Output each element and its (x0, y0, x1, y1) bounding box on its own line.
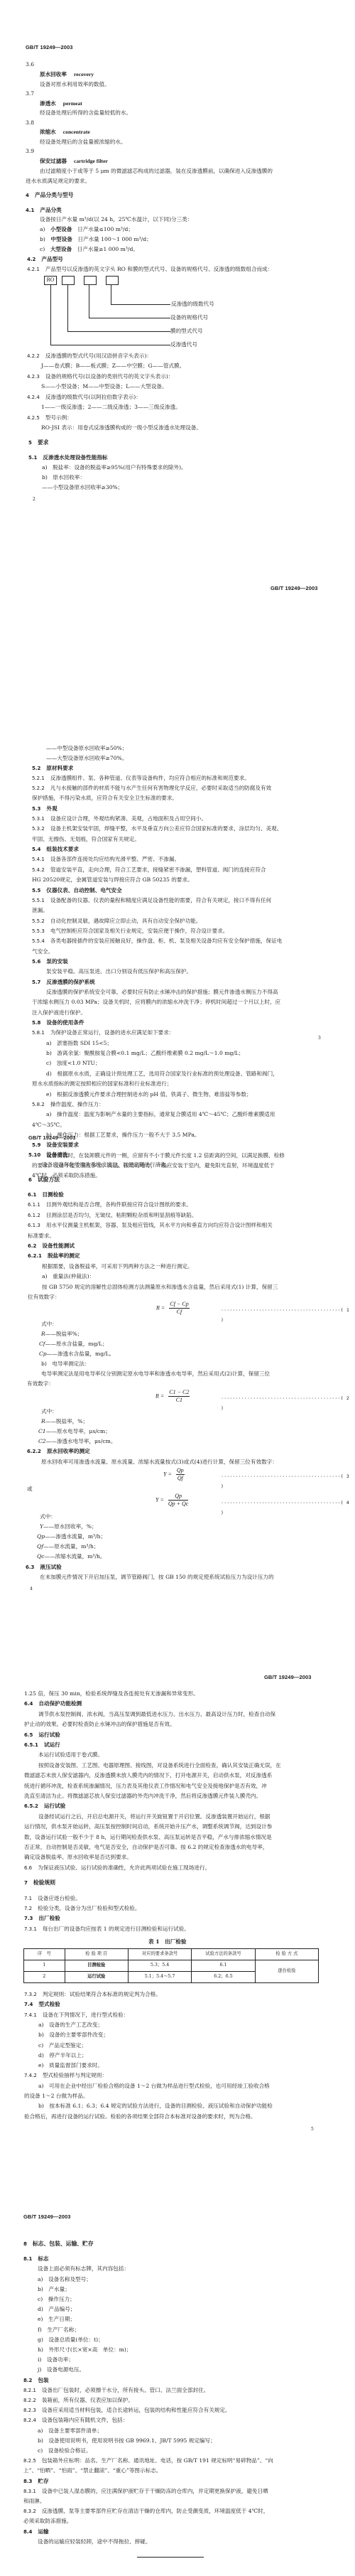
section-heading: 5.7反渗透膜的保护系统 (32, 977, 95, 987)
text-line: 泄漏。 (32, 906, 48, 916)
equation-number-1: ········································… (221, 1305, 355, 1326)
text-line: 设备上面必须有标志牌，其内容包括： (38, 2264, 129, 2274)
connector (111, 284, 111, 304)
clause-number: 6.1.1 (28, 1200, 40, 1210)
list-item: b) 电导率测定法： (41, 1359, 90, 1369)
clause-number: 5.3 (32, 804, 40, 814)
line-text: d) 根据原水水质，正确设计预处理工艺，选用符合国家及行业标准的预处理设备、管路… (46, 1070, 278, 1077)
paragraph: 有效数字： (27, 1379, 54, 1389)
equation-number-2: ········································… (221, 1393, 355, 1414)
text-line: 注入保护液进行保护。 (32, 1008, 86, 1018)
clause-number: 8.2 (23, 2376, 32, 2386)
text-line: 确定设备脱盐率、原水回收率是否达到要求。 (24, 1852, 132, 1862)
clause-number: 7.4.2 (24, 2071, 37, 2081)
text-line: 5.2.2凡与水接触的部件的材质不能与水产生任何有害物理化学反应，必要时采取适当… (32, 783, 271, 793)
variable-def: Qp——渗透水流量，m³/h； (37, 1532, 106, 1542)
connector (50, 284, 51, 345)
line-text: e) 根据反渗透膜元件要求合理控制进水的 pH 值、铁离子、微生物、难溶盐等参数… (46, 1091, 252, 1098)
paragraph: 设备应设有化学清洗系统或接口，以便定期进行清洗。 (42, 1160, 171, 1170)
text-line: ——大型设备原水回收率≥70%。 (46, 753, 127, 763)
text-line: f) 生产厂名称； (38, 2325, 80, 2335)
term-english: recovery (74, 71, 94, 77)
clause-number: 5.3.2 (32, 824, 45, 834)
text-line: 5.8.2操作温度、操作压力： (32, 1100, 104, 1110)
line-text: 目测涂层是否均匀，无皱纹、粘附颗粒杂质和明显刮痕等缺陷。 (46, 1212, 197, 1218)
term-entry: 浓缩水concentrate (40, 127, 90, 137)
clause-number: 3.8 (26, 118, 34, 128)
line-text: 气安全。 (32, 948, 53, 955)
line-text: 反渗透膜组件、泵、各种管道、仪表等设备构件，均应符合相应的标准和规范要求。 (50, 775, 250, 781)
paragraph: 1——一级反渗透；2——二级反渗透；3——三级反渗透。 (41, 402, 181, 412)
line-text: 电气控制柜应符合国家及相关行业规定，安装应便于操作，符合设计要求。 (50, 928, 229, 934)
section-heading: 5.8设备的使用条件 (32, 1018, 84, 1028)
line-text: 数，设备运行试验一般不少于 8 h，运行期间检查供水泵、高压泵运转是否平稳，产水… (24, 1834, 272, 1840)
text-line: 验合格后，再进行设备的运行试验。检验的各项结果全部符合本标准对设备的要求时，判为… (24, 2112, 256, 2122)
diagram-label: 反渗透的级数代号 (171, 299, 214, 309)
line-text: b) 游离余氯：聚酰胺复合膜<0.1 mg/L；乙酸纤维素膜 0.2 mg/L～… (46, 1050, 244, 1056)
term-english: permeat (63, 100, 82, 107)
page-header: GB/T 19249—2003 (26, 43, 73, 53)
text-line: e) 根据反渗透膜元件要求合理控制进水的 pH 值、铁离子、微生物、难溶盐等参数… (46, 1090, 252, 1100)
line-text: ——中型设备原水回收率≥50%； (46, 745, 127, 751)
line-text: 用水平仪测量主机框架，容器、泵及相应管线，其水平方向和垂直方向均应符合设计图样和… (46, 1222, 273, 1228)
text-line: 6.1.2目测涂层是否均匀，无皱纹、粘附颗粒杂质和明显刮痕等缺陷。 (28, 1211, 197, 1220)
list-item: b) 原水回收率： (42, 473, 85, 483)
line-text: 标志 (38, 2255, 48, 2262)
paragraph: 电导率测定法是用电导率仪分别测定原水电导率和渗透水电导率，然后采用式(2)计算，… (41, 1369, 270, 1379)
line-text: a) 设备的生产工艺改变； (38, 2022, 103, 2028)
line-text: 泵的安装 (46, 958, 67, 965)
text-line: b) 设备的主要零部件改变； (38, 2030, 109, 2040)
text-line: a) 可用在企业中经出厂检验合格的设备 1～2 台做为样品进行型式检验，也可用经… (38, 2081, 270, 2091)
clause-number: 8.2.3 (23, 2405, 36, 2415)
text-line: 标准要求。 (28, 1231, 55, 1241)
paragraph: 在未加膜元件情况下开启加压泵，调节管路阀门，按 GB 150 的规定使系统试验压… (40, 1572, 274, 1582)
clause-number: 5.5.2 (32, 916, 45, 926)
text-line: a) 设备主要零部件清单； (38, 2426, 102, 2436)
text-line: a) 淤塞指数 SDI 15<5； (46, 1039, 112, 1048)
clause-number: 7.3.1 (24, 1924, 37, 1934)
line-text: 设备安装时，在装卸膜元件的一侧，应留有不小于膜元件长度 1.2 倍距离的空间，以… (46, 1152, 285, 1159)
clause-number: 6.4 (24, 1699, 33, 1709)
clause-number: 8.2.4 (23, 2415, 36, 2425)
variable-def: C1——原水电导率，μs/cm； (38, 1427, 111, 1437)
variable-def: Y——原水回收率，%； (40, 1522, 97, 1532)
section-heading: 6.2.1脱盐率的测定 (28, 1251, 80, 1261)
line-text: a) 设备名称及型号； (38, 2276, 92, 2282)
line-text: 设备性能测试 (42, 1243, 75, 1249)
clause-number: 8.3.1 (23, 2486, 36, 2496)
text-line: g) 设备总质量(单位：t)； (38, 2335, 104, 2345)
text-line: 5.5.2自动化控制灵敏，遇故障应立即止动，具有自动安全保护功能。 (32, 916, 201, 926)
text-line: a) 操作温度：温度为影响产水量的主要指标，通常复合膜适用 4℃～45℃；乙酸纤… (46, 1110, 275, 1120)
term-title: 原水回收率 (40, 71, 67, 77)
text-line: 5.5.3电气控制柜应符合国家及相关行业规定，安装应便于操作，符合设计要求。 (32, 926, 228, 936)
line-text: 设备各部件连接处均应结构光滑平整、严密、不渗漏。 (50, 856, 180, 862)
line-text: 设备中已装人湿态膜的，应注满保护液贮存于干燥防冻的仓库内，并定期更换保护液，避免… (42, 2488, 268, 2494)
line-text: 仪器仪表、自动控制、电气安全 (46, 887, 121, 893)
text-line: 8.2.2装箱前，所有仪器、仪表应加以保护。 (23, 2395, 133, 2405)
paragraph: S——小型设备；M——中型设备；L——大型设备。 (41, 382, 168, 392)
where-label: 式中： (41, 1319, 58, 1329)
line-text: 调节供水泵控制阀、浓水阀，当高压泵调到最低进水压力、出水压力、最高设计压力时，检… (38, 1711, 275, 1717)
section-heading: 7检验规则 (24, 1878, 55, 1888)
line-text: b) 设备的主要零部件改变； (38, 2032, 109, 2038)
line-text: 否正常，自动控制是否灵敏，电气是否安全，自动保护是否可靠。按 6.2 的规定检查… (24, 1844, 268, 1850)
text-line: 洗直至清洁为止。将微滤滤芯放人保安过滤器的外壳内冲洗干净，然后将反渗透膜元件装人… (24, 1791, 261, 1801)
text-line: 必须采取防冻措施。 (23, 2516, 72, 2526)
term-english: cartridge filter (74, 158, 108, 164)
text-line: ——中型设备原水回收率≥50%； (46, 744, 127, 753)
line-text: d) 产品编号； (38, 2306, 75, 2312)
line-text: 目测检验 (42, 1191, 63, 1198)
section-heading: 7.3出厂检验 (24, 1914, 60, 1923)
clause-number: 5.8.2 (32, 1100, 45, 1110)
section-heading-4: 4产品分类与型号 (26, 190, 73, 200)
section-heading-5-1: 5.1反渗透水处理设备性能指标 (28, 453, 108, 463)
text-line: j) 设备电源电压。 (38, 2365, 84, 2375)
text-line: d) 产品编号； (38, 2304, 75, 2314)
text-line: 和雨淋。 (23, 2496, 45, 2506)
line-text: 必须采取防冻措施。 (23, 2518, 72, 2524)
variable-def: R——脱盐率，%； (41, 1417, 88, 1427)
section-heading: 8.3贮存 (23, 2476, 49, 2486)
text-line: 5.5.4各类电器接插件的安装应接触良好，操作盘、柜、机、泵及相关设备均应有安全… (32, 936, 282, 946)
text-line: i) 设备功率； (38, 2355, 74, 2365)
spec-code-box (84, 276, 97, 285)
line-text: 位有效数字： (28, 1294, 60, 1300)
line-text: 为保证液压试验、运行试验的准确性，允许此两项试验在施工现场进行。 (38, 1864, 210, 1871)
line-text: d) 停产半年以上； (38, 2052, 87, 2059)
section-heading-6-3: 6.3液压试验 (26, 1562, 62, 1572)
line-text: 贮存 (38, 2478, 48, 2484)
page-header: GB/T 19249—2003 (264, 1673, 312, 1683)
line-text: g) 设备总质量(单位：t)； (38, 2336, 104, 2343)
section-heading: 8.1标志 (23, 2254, 49, 2264)
line-text: 保护措施，不得污染水质，应符合有关安全卫生标准的要求。 (32, 795, 177, 801)
table-caption: 表 1 出厂检验 (148, 1937, 187, 1947)
text-line: c) 设备检验合格证。 (38, 2446, 92, 2456)
line-text: 反渗透膜的保护系统 (46, 979, 94, 985)
line-text: 原材料要求 (46, 765, 73, 771)
clause-number: 7.3.2 (24, 1990, 37, 2000)
clause-number: 5.8.1 (32, 1028, 45, 1038)
clause-number: 5.2 (32, 763, 40, 773)
line-text: 原水水质指标的测定按照相应的国家标准和行业标准进行； (32, 1080, 172, 1087)
section-heading: 5.2原材料要求 (32, 763, 73, 773)
line-text: 验合格后，再进行设备的运行试验。检验的各项结果全部符合本标准对设备的要求时，判为… (24, 2113, 256, 2120)
section-heading: 7.4型式检验 (24, 2000, 60, 2009)
line-text: e) 质量监督部门要求时。 (38, 2062, 103, 2068)
text-line: h) 外形尺寸(长×宽×高 单位：m)； (38, 2345, 131, 2355)
membrane-code-box (62, 276, 75, 285)
text-line: a) 设备的生产工艺改变； (38, 2020, 103, 2030)
section-heading: 8.2包装 (23, 2376, 49, 2386)
clause-number: 5.8 (32, 1018, 40, 1028)
connector (89, 284, 89, 318)
line-text: 包装箱外应标明：品名、生产厂名称、通讯地址、电话，按 GB/T 191 规定标明… (42, 2457, 273, 2464)
clause-number: 7.1 (24, 1894, 32, 1904)
clause-number: 5.5 (32, 886, 40, 896)
text-line: 1.25 倍，保压 30 min，检验系统焊缝及各连接处有无渗漏和异常变形。 (24, 1689, 199, 1699)
diagram-label: 膜的型式代号 (170, 326, 203, 336)
formula-2: R = C1 − C2C1 (155, 1389, 190, 1404)
section-heading: 6.5运行试验 (24, 1730, 60, 1740)
paragraph: J——卷式膜；B——板式膜；Z——中空膜；G——管式膜。 (41, 361, 185, 371)
variable-def: Qf——原水流量，m³/h； (37, 1542, 99, 1552)
section-heading: 8标志、包装、运输、贮存 (23, 2239, 94, 2249)
clause-number: 5.4.1 (32, 854, 45, 864)
line-text: 设备上面必须有标志牌，其内容包括： (38, 2265, 129, 2272)
section-heading: 6.5.1试运行 (24, 1740, 60, 1750)
line-text: 的设备 1～2 台做为样品。 (24, 2093, 88, 2099)
clause-number: 8.2.1 (23, 2386, 36, 2395)
paragraph: RO-JSI 表示：用卷式反渗透膜构成的一级小型反渗透水处理设备。 (41, 423, 202, 433)
dot-separator: · (56, 274, 58, 284)
line-text: 运行试验 (44, 1803, 65, 1809)
list-item: a) 脱盐率：设备的脱盐率≥95%(用户有特殊要求的除外)。 (42, 463, 187, 473)
variable-def: Cp——渗透水含盐量，mg/L。 (39, 1349, 114, 1359)
list-item: a) 小型设备 日产水量≤100 m³/d； (40, 225, 133, 235)
formula-1: R = Cf − CpCf (156, 1301, 190, 1316)
line-text: 本运行试验适用于卷式膜。 (38, 1751, 103, 1758)
line-text: 运输 (38, 2528, 48, 2535)
paragraph: 设备按日产水量 m³/d(以 24 h，25℃水温计，以下同)分三类： (40, 215, 192, 225)
line-text: 包装 (38, 2377, 48, 2383)
line-text: 注入保护液进行保护。 (32, 1009, 86, 1016)
clause-number: 3.7 (26, 89, 34, 99)
line-text: 检验分类，设备分为出厂检验和型式检验。 (38, 1905, 140, 1911)
formula-3: Y = QpQf (163, 1467, 185, 1482)
line-text: 管道安装平直，走向合理，符合工艺要求，接缝紧密不渗漏，塑料管道、阀门的连接应符合 (50, 866, 266, 873)
line-text: b) 按本标准 6.1；6.3；6.4 规定的试验方法进行，设备的目测检验、液压… (38, 2103, 273, 2109)
clause-number: 5.5.3 (32, 926, 45, 936)
line-text: HG 20520规定，金属管道安装与焊接应符合 GB 50235 的要求。 (32, 876, 193, 883)
line-text: 洗直至清洁为止。将微滤滤芯放人保安过滤器的外壳内冲洗干净，然后将反渗透膜元件装人… (24, 1793, 261, 1799)
text-line: d) 根据原水水质，正确设计预处理工艺，选用符合国家及行业标准的预处理设备、管路… (46, 1069, 278, 1079)
line-text: e) 生产日期； (38, 2316, 75, 2322)
clause-number: 7 (24, 1878, 28, 1888)
text-line: 8.2.4设备包装箱内应有随机文件，包括： (23, 2415, 128, 2425)
text-line: 7.4.2型式检验抽样与判定规则： (24, 2071, 107, 2081)
text-line: b) 按本标准 6.1；6.3；6.4 规定的试验方法进行，设备的目测检验、液压… (38, 2101, 273, 2111)
line-text: c) 浊度<1.0 NTU； (46, 1060, 101, 1066)
line-text: 设备包装箱内应有随机文件，包括： (42, 2417, 129, 2423)
line-text: 检验规则 (33, 1879, 55, 1886)
term-definition: 经设备处理后所得的含盐量较低的水。 (40, 108, 131, 118)
diagram-label: 反渗透代号 (170, 340, 197, 350)
clause-number: 3.9 (26, 146, 34, 156)
text-line: 7.4.1设备在下列情况下，进行型式检验： (24, 2010, 129, 2020)
clause-number: 6.2 (28, 1241, 36, 1251)
line-text: 泵安装平稳。高压泵进、出口分别设有低压保护和高压保护。 (46, 968, 192, 975)
text-line: 7.3.2判定规则：试验结果符合本标准的规定判为合格。 (24, 1990, 161, 2000)
line-text: 设备配备的仪器、仪表的量程和精度应满足设备性能的需要，符合有关规定，接口不得有任… (50, 897, 271, 903)
line-text: f) 生产厂名称； (38, 2327, 80, 2333)
equation-number-3: ········································… (221, 1471, 355, 1492)
line-text: 设备应设计合理，外观结构紧凑、美观，占地面积及占用空间小。 (50, 815, 207, 822)
text-line: 5.4.2管道安装平直，走向合理，符合工艺要求，接缝紧密不渗漏，塑料管道、阀门的… (32, 865, 266, 875)
text-line: 数，设备运行试验一般不少于 8 h，运行期间检查供水泵、高压泵运转是否平稳，产水… (24, 1832, 272, 1842)
line-text: 和雨淋。 (23, 2498, 45, 2504)
text-line: 5.2.1反渗透膜组件、泵、各种管道、仪表等设备构件，均应符合相应的标准和规范要… (32, 773, 250, 783)
text-line: 根据需要，设备脱盐率，可采用下列两种方法之一种进行测定。 (42, 1262, 193, 1272)
line-text: 设备经试运行之后，开启总电源开关，将运行开关旋钮置于开启位置。反渗透装置开始运行… (38, 1813, 271, 1820)
text-line: 上”、“怕晒”、“怕雨”、“禁止翻滚”、“重心”等图示标志。 (23, 2466, 161, 2476)
line-text: 运行试验 (38, 1732, 60, 1738)
where-label: 式中： (40, 1512, 56, 1522)
text-line: 5.4.1设备各部件连接处均应结构光滑平整、严密、不渗漏。 (32, 854, 180, 864)
clause-number: 5.4 (32, 844, 40, 854)
section-heading: 6.2设备性能测试 (28, 1241, 75, 1251)
clause: 4.2.1产品型号以反渗透的英文字头 RO 和膜的型式代号、设备的规格代号、反渗… (27, 264, 273, 274)
section-heading-4-2: 4.2产品型号 (27, 254, 63, 264)
text-line: b) 设备使用说明书，使用说明书按 GB 9969.1、JB/T 5995 规定… (38, 2436, 216, 2446)
line-text: a) 重量法(仲裁法)： (42, 1273, 94, 1279)
text-line: 5.5.1设备配备的仪器、仪表的量程和精度应满足设备性能的需要，符合有关规定，接… (32, 896, 271, 906)
page-header: GB/T 19249—2003 (28, 1133, 76, 1143)
clause: 4.2.2反渗透膜的型式代号(用汉语拼音字头表示)： (27, 351, 152, 361)
line-text: 设备的使用条件 (46, 1019, 84, 1026)
clause-number: 7.4 (24, 2000, 33, 2009)
connector (67, 284, 68, 331)
line-text: 凡与水接触的部件的材质不能与水产生任何有害物理化学反应，必要时采取适当的防腐及有… (50, 785, 271, 791)
line-text: 型式检验 (38, 2001, 60, 2007)
text-line: 6.6为保证液压试验、运行试验的准确性，允许此两项试验在施工现场进行。 (24, 1863, 210, 1873)
text-line: e) 生产日期； (38, 2314, 75, 2324)
term-entry: 保安过滤器cartridge filter (40, 156, 108, 166)
line-text: 装箱前，所有仪器、仪表应加以保护。 (42, 2397, 133, 2403)
line-text: a) 设备主要零部件清单； (38, 2427, 102, 2434)
page-header: GB/T 19249—2003 (23, 2212, 71, 2222)
text-line: 8.3.2反渗透膜、泵等主要零部件应贮存在清洁干燥的仓库内，防止受潮变质，环境温… (23, 2506, 268, 2516)
text-line: 否正常，自动控制是否灵敏，电气是否安全，自动保护是否可靠。按 6.2 的规定检查… (24, 1842, 268, 1852)
equation-number-4: ········································… (221, 1498, 355, 1518)
line-text: 设备在下列情况下，进行型式检验： (43, 2012, 129, 2018)
text-line: 7.3.1每台出厂的设备均应按表 1 的规定进行目测检验和运行试验。 (24, 1924, 190, 1934)
line-text: a) 淤塞指数 SDI 15<5； (46, 1040, 112, 1046)
variable-def: C2——渗透水电导率，μs/cm。 (38, 1437, 116, 1447)
clause-number: 3.6 (26, 60, 34, 70)
clause-number: 8.4 (23, 2527, 32, 2537)
end-rule (137, 2557, 204, 2558)
variable-def: Qc——浓缩水流量，m³/h。 (37, 1552, 106, 1562)
section-heading-6: 6试验方法 (28, 1175, 60, 1185)
clause-number: 6.2.1 (28, 1251, 42, 1261)
term-definition: 经设备处理后的含盐量被浓缩的水。 (40, 137, 126, 147)
text-line: 设备的运输应轻装轻卸，途中不得拖拉、摔碰。 (38, 2537, 151, 2547)
diagram-label: 设备的规格代号 (170, 313, 208, 323)
text-line: 5.8.1为保护设备正常运行，设备的进水应满足如下要求： (32, 1028, 174, 1038)
text-line: 运行情况，供水泵开始运转，高压泵按控制时间启动，系统开始升压产水，调整系统调节阀… (24, 1822, 272, 1832)
line-text: 操作温度、操作压力： (50, 1101, 104, 1107)
text-line: b) 产水量； (38, 2285, 70, 2295)
clause-number: 6.1 (28, 1190, 36, 1200)
line-text: 微滤滤芯未放人保安滤器内，反渗透膜未放人膜壳内的情况下，打开电源开关，启动供水泵… (24, 1772, 272, 1778)
text-line: 气安全。 (32, 947, 53, 957)
line-text: 于浓缩水侧压力 0.03 MPa；设备关机时，应将膜内的浓缩水冲洗干净；停机时间… (32, 999, 280, 1005)
or-text: 或 (27, 1484, 33, 1494)
text-line: 牢固、无擦伤、无划痕，符合国家有关规定。 (32, 834, 140, 844)
term-entry: 原水回收率recovery (40, 70, 94, 80)
line-text: 标志、包装、运输、贮存 (33, 2240, 94, 2247)
text-line: 保护措施，不得污染水质，应符合有关安全卫生标准的要求。 (32, 793, 177, 803)
line-text: 按 GB 5750 规定的溶解性总固体检测方法测量原水和渗透水含盐量，然后采用式… (42, 1284, 278, 1290)
line-text: 4℃～35℃。 (32, 1122, 65, 1128)
page-number: 5 (311, 2125, 314, 2135)
table-header-row: 序 号 检 验 项 目 对应的要求条款号 试验方法的条款号 检 验 方 式 (24, 1949, 319, 1960)
line-text: 每台出厂的设备均应按表 1 的规定进行目测检验和运行试验。 (43, 1926, 190, 1932)
text-line: 设备经试运行之后，开启总电源开关，将运行开关旋钮置于开启位置。反渗透装置开始运行… (38, 1812, 271, 1822)
line-text: 各类电器接插件的安装应接触良好，操作盘、柜、机、泵及相关设备均应有安全保护措施，… (50, 938, 283, 944)
text-line: a) 重量法(仲裁法)： (42, 1272, 94, 1282)
text-line: c) 浊度<1.0 NTU； (46, 1058, 101, 1068)
text-line: 4℃～35℃。 (32, 1120, 65, 1130)
line-text: 反渗透膜、泵等主要零部件应贮存在清洁干燥的仓库内，防止受潮变质，环境温度低于 4… (42, 2508, 269, 2514)
section-heading-5-10: 5.10设备清洗 (28, 1150, 68, 1160)
line-text: 运行情况，供水泵开始运转，高压泵按控制时间启动，系统开始升压产水，调整系统调节阀… (24, 1823, 272, 1830)
clause-number: 7.3 (24, 1914, 33, 1923)
text-line: 位有效数字： (28, 1292, 60, 1302)
text-line: HG 20520规定，金属管道安装与焊接应符合 GB 50235 的要求。 (32, 875, 193, 885)
table-1: 序 号 检 验 项 目 对应的要求条款号 试验方法的条款号 检 验 方 式 1 … (23, 1948, 319, 1983)
term-title: 浓缩水 (40, 129, 56, 135)
where-label: 式中： (41, 1407, 58, 1417)
line-text: 试运行 (44, 1742, 60, 1748)
table-row: 1 目测检验 5.3；5.4 6.1 逐台检验 (24, 1960, 319, 1972)
connector (111, 304, 170, 305)
text-line: 于浓缩水侧压力 0.03 MPa；设备关机时，应将膜内的浓缩水冲洗干净；停机时间… (32, 997, 280, 1007)
clause-number: 6.1.3 (28, 1220, 40, 1230)
clause-number: 6.5 (24, 1730, 33, 1740)
text-line: b) 游离余氯：聚酰胺复合膜<0.1 mg/L；乙酸纤维素膜 0.2 mg/L～… (46, 1048, 244, 1058)
connector (67, 331, 170, 332)
section-heading: 5.5仪器仪表、自动控制、电气安全 (32, 886, 122, 896)
line-text: 自动保护功能检测 (38, 1700, 82, 1707)
connector (89, 318, 170, 318)
text-line: 护止动的效果。必要时检查防止水锤冲击的保护措施是否有效。 (24, 1719, 175, 1729)
line-text: 外观 (46, 805, 57, 812)
page-number: 3 (318, 1034, 321, 1043)
line-text: 确定设备脱盐率、原水回收率是否达到要求。 (24, 1854, 132, 1860)
clause: 4.2.4反渗透的级数代号(以阿拉伯数字表示)： (27, 392, 141, 402)
line-text: 设备的运输应轻装轻卸，途中不得拖拉、摔碰。 (38, 2538, 151, 2545)
section-heading: 5.6泵的安装 (32, 957, 68, 967)
text-line: 调节供水泵控制阀、浓水阀，当高压泵调到最低进水压力、出水压力、最高设计压力时，检… (38, 1710, 275, 1719)
text-line: 6.1.1目测外观结构是否合理，各构件联接应符合设计图纸的要求。 (28, 1200, 192, 1210)
variable-def: Cf——原水含盐量，mg/L； (39, 1339, 108, 1349)
stage-code-box (106, 276, 119, 285)
text-line: 7.2检验分类，设备分为出厂检验和型式检验。 (24, 1904, 140, 1914)
text-line: 本运行试验适用于卷式膜。 (38, 1750, 103, 1760)
line-text: 组装技术要求 (46, 846, 79, 852)
line-text: i) 设备功率； (38, 2356, 74, 2363)
line-text: 1.25 倍，保压 30 min，检验系统焊缝及各连接处有无渗漏和异常变形。 (24, 1690, 199, 1697)
clause-number: 6.6 (24, 1863, 32, 1873)
line-text: j) 设备电源电压。 (38, 2366, 84, 2373)
line-text: a) 操作温度：温度为影响产水量的主要指标，通常复合膜适用 4℃～45℃；乙酸纤… (46, 1111, 275, 1117)
line-text: b) 设备使用说明书，使用说明书按 GB 9969.1、JB/T 5995 规定… (38, 2437, 216, 2444)
text-line: 8.2.5包装箱外应标明：品名、生产厂名称、通讯地址、电话，按 GB/T 191… (23, 2456, 273, 2466)
list-item: c) 大型设备 日产水量≥1 000 m³/d。 (40, 245, 138, 254)
line-text: c) 设备检验合格证。 (38, 2447, 92, 2454)
clause-number: 5.4.2 (32, 865, 45, 875)
line-text: 按照设备安装图、工艺图、电器原理图、接线图，对设备系统进行全面检查，确认其安装正… (38, 1762, 281, 1769)
clause-number: 6.5.2 (24, 1801, 38, 1811)
text-line: 统进行循环冲洗，检查系统渗漏情况，压力表及其他仪表工作情况和电气安全及接地保护是… (24, 1781, 267, 1791)
line-text: 型式检验抽样与判定规则： (43, 2072, 107, 2078)
text-line: 反渗透膜的保护系统安全可靠，必要时应有防止水锤冲击的保护措施；膜元件渗透水侧压力… (46, 987, 278, 997)
